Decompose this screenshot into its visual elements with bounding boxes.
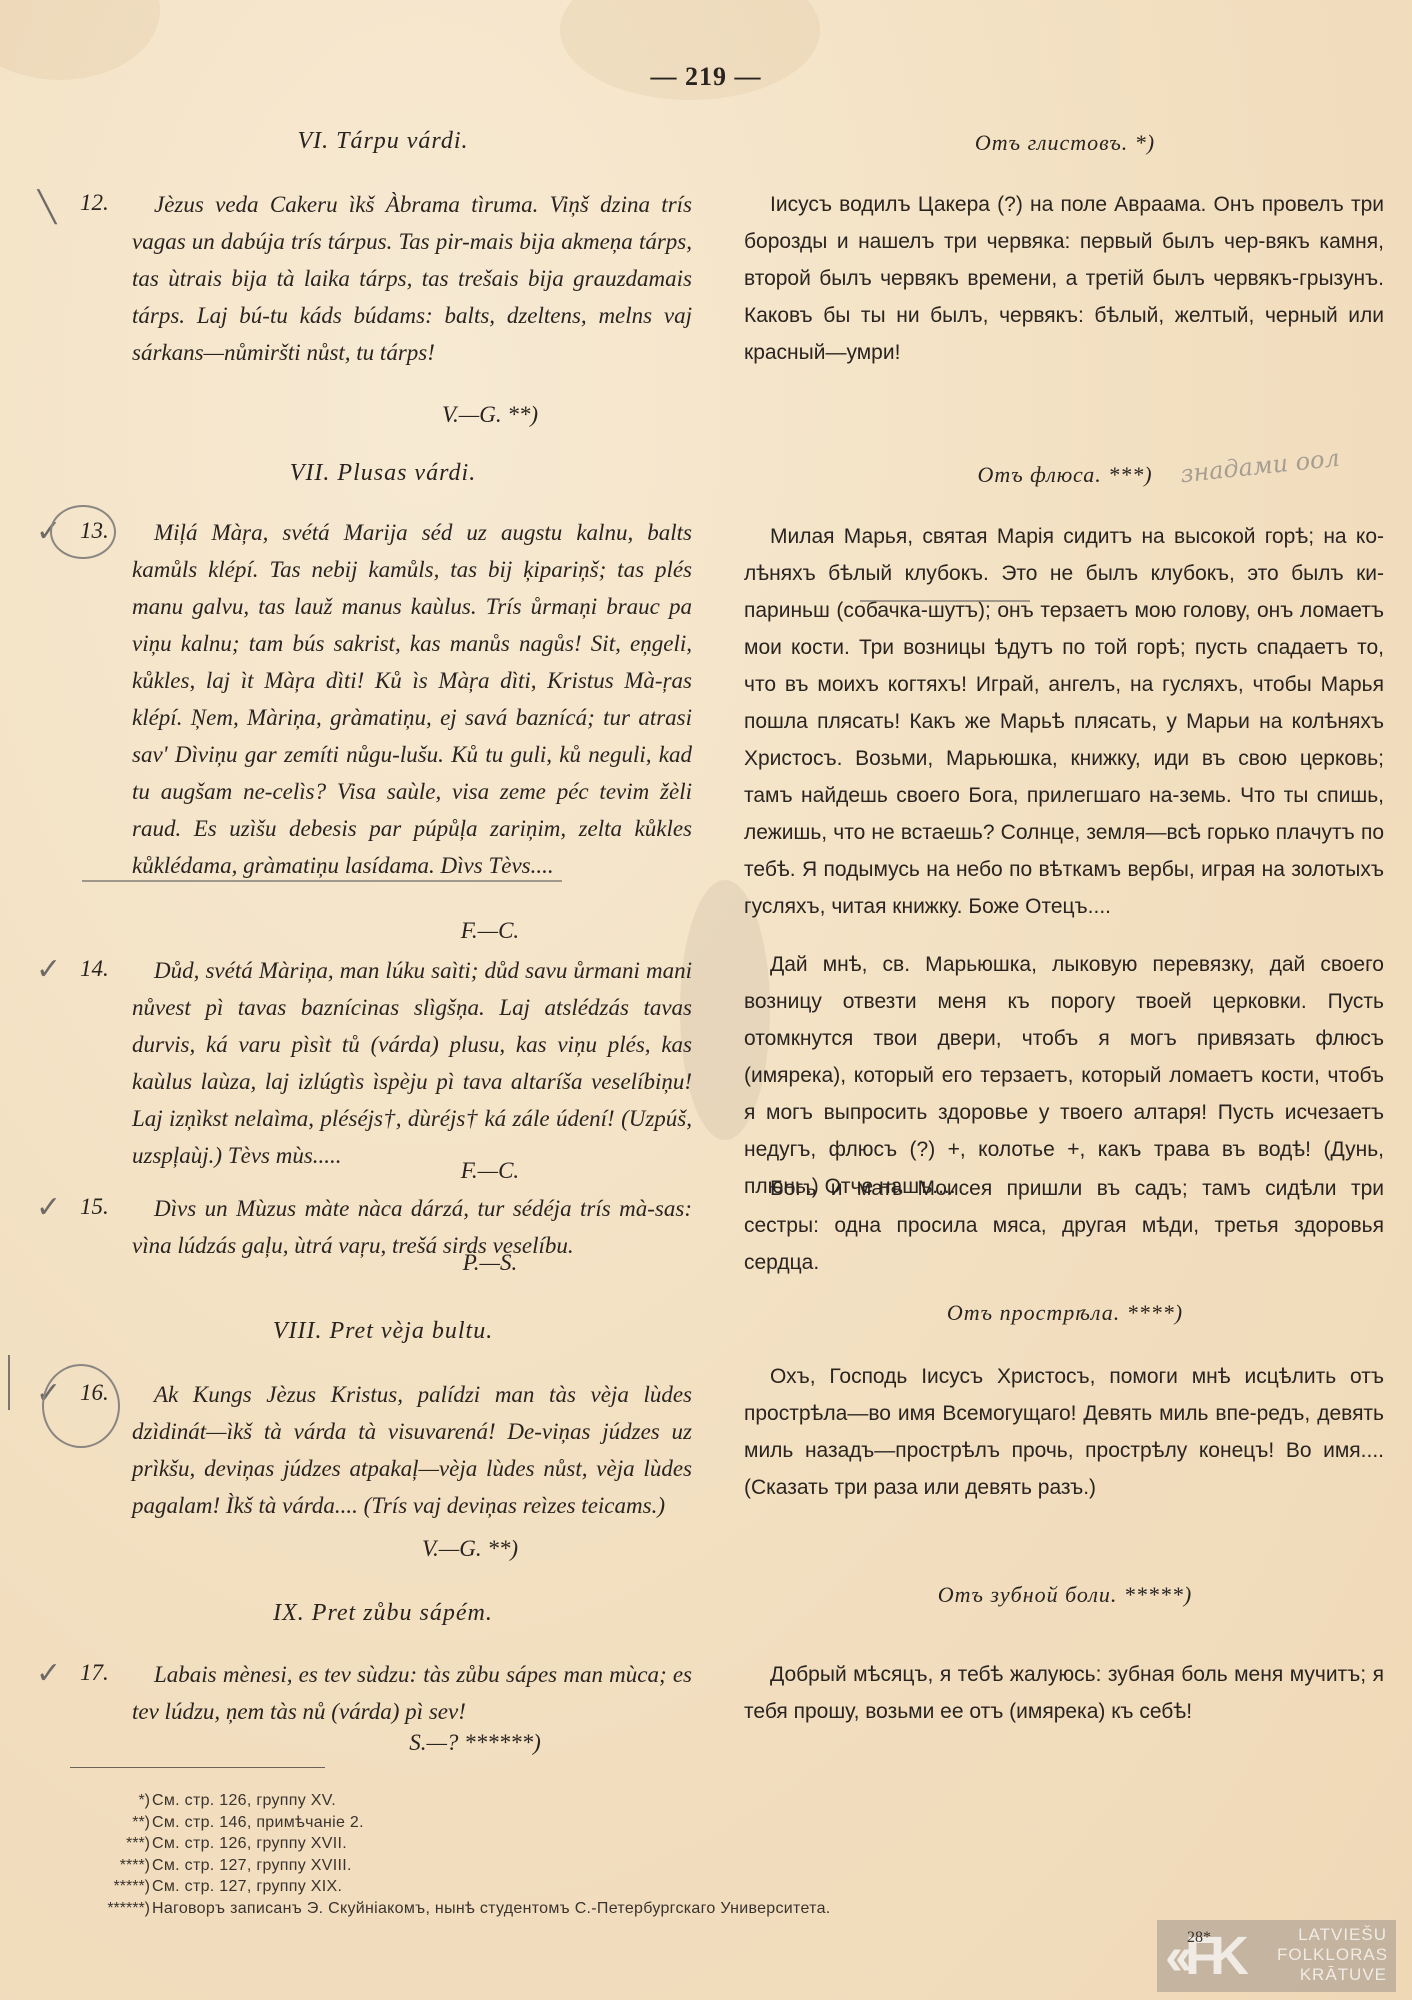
footnote-mark: **) xyxy=(132,1812,150,1834)
checkmark-icon: ✓ xyxy=(36,1656,61,1691)
footnote: ***) См. стр. 126, группу XVII. xyxy=(0,1833,1100,1855)
footnote-mark: *) xyxy=(138,1790,150,1812)
footnote-mark: ****) xyxy=(120,1855,150,1877)
entry-number: 14. xyxy=(80,956,109,982)
footnote-text: См. стр. 126, группу XVII. xyxy=(152,1833,347,1855)
footnote-text: Наговоръ записанъ Э. Скуйніакомъ, нынѣ с… xyxy=(152,1898,831,1920)
paragraph: Іисусъ водилъ Цакера (?) на поле Авраама… xyxy=(744,186,1384,371)
footnote-text: См. стр. 127, группу XIX. xyxy=(152,1876,342,1898)
section-heading: Отъ зубной боли. *****) xyxy=(740,1582,1390,1608)
entry-text: Ak Kungs Jèzus Kristus, palídzi man tàs … xyxy=(132,1376,692,1524)
watermark-line: KRĀTUVE xyxy=(1277,1965,1387,1985)
pencil-underline xyxy=(860,600,1030,602)
paragraph: Милая Марья, святая Марія сидитъ на высо… xyxy=(744,518,1384,925)
footnote-text: См. стр. 126, группу XV. xyxy=(152,1790,336,1812)
pencil-margin-line xyxy=(8,1355,10,1410)
footnote-divider xyxy=(70,1767,325,1768)
checkmark-icon: ✓ xyxy=(36,952,61,987)
entry-number: 12. xyxy=(80,190,109,216)
entry-text: Důd, svétá Màriņa, man lúku saìti; důd s… xyxy=(132,952,692,1174)
entry-number: 13. xyxy=(80,518,109,544)
section-heading: Отъ прострѣла. ****) xyxy=(740,1300,1390,1326)
watermark-text: LATVIEŠU FOLKLORAS KRĀTUVE xyxy=(1277,1925,1387,1985)
entry-attribution: V.—G. **) xyxy=(340,1536,600,1562)
watermark-line: LATVIEŠU xyxy=(1277,1925,1387,1945)
section-heading: VI. Tárpu várdi. xyxy=(80,128,686,155)
entry-attribution: S.—? ******) xyxy=(330,1730,620,1756)
entry-attribution: P.—S. xyxy=(380,1250,600,1276)
pencil-circle xyxy=(42,1364,120,1448)
section-heading: Отъ глистовъ. *) xyxy=(740,130,1390,156)
entry-text: Miļá Màŗa, svétá Marija séd uz augstu ka… xyxy=(132,514,692,884)
footnote-mark: *****) xyxy=(114,1876,150,1898)
pencil-mark-icon: ╲ xyxy=(38,190,56,225)
footnote-mark: ***) xyxy=(126,1833,150,1855)
entry-attribution: F.—C. xyxy=(380,1158,600,1184)
footnotes: *) См. стр. 126, группу XV. **) См. стр.… xyxy=(0,1790,1100,1919)
section-heading: VIII. Pret vèja bultu. xyxy=(80,1318,686,1345)
watermark-line: FOLKLORAS xyxy=(1277,1945,1387,1965)
paragraph: Богъ и мать Моисея пришли въ садъ; тамъ … xyxy=(744,1170,1384,1281)
footnote: *****) См. стр. 127, группу XIX. xyxy=(0,1876,1100,1898)
section-heading: VII. Plusas várdi. xyxy=(80,460,686,487)
entry-number: 16. xyxy=(80,1380,109,1406)
footnote: *) См. стр. 126, группу XV. xyxy=(0,1790,1100,1812)
entry-text: Jèzus veda Cakeru ìkš Àbrama tìruma. Viņ… xyxy=(132,186,692,371)
entry-number: 15. xyxy=(80,1194,109,1220)
footnote-text: См. стр. 146, примѣчаніе 2. xyxy=(152,1812,364,1834)
sheet-signature: 28* xyxy=(1187,1929,1211,1947)
footnote-text: См. стр. 127, группу XVIII. xyxy=(152,1855,352,1877)
footnote: **) См. стр. 146, примѣчаніе 2. xyxy=(0,1812,1100,1834)
footnote: ******) Наговоръ записанъ Э. Скуйніакомъ… xyxy=(0,1898,1100,1920)
entry-text: Labais mènesi, es tev sùdzu: tàs zůbu sá… xyxy=(132,1656,692,1730)
paragraph: Дай мнѣ, св. Марьюшка, лыковую перевязку… xyxy=(744,946,1384,1205)
checkmark-icon: ✓ xyxy=(36,1190,61,1225)
entry-number: 17. xyxy=(80,1660,109,1686)
pencil-underline xyxy=(82,880,562,882)
entry-attribution: F.—C. xyxy=(380,918,600,944)
paragraph: Добрый мѣсяцъ, я тебѣ жалуюсь: зубная бо… xyxy=(744,1656,1384,1730)
page-number: — 219 — xyxy=(0,62,1412,92)
entry-attribution: V.—G. **) xyxy=(380,402,600,428)
footnote: ****) См. стр. 127, группу XVIII. xyxy=(0,1855,1100,1877)
section-heading: IX. Pret zůbu sápém. xyxy=(80,1600,686,1627)
paragraph: Охъ, Господь Іисусъ Христосъ, помоги мнѣ… xyxy=(744,1358,1384,1506)
footnote-mark: ******) xyxy=(107,1898,150,1920)
